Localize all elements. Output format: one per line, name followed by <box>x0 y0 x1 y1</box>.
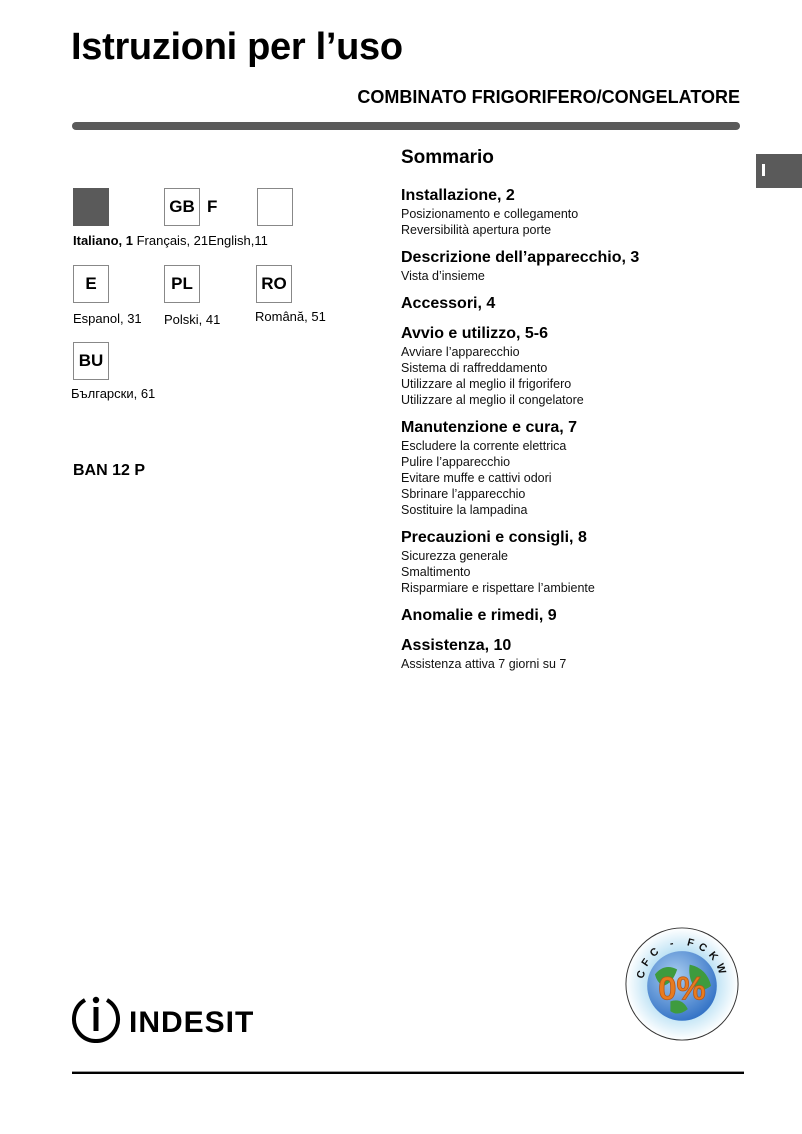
page-title: Istruzioni per l’uso <box>71 24 403 70</box>
toc-section: Accessori, 4 <box>401 294 741 314</box>
lang-box-gb[interactable]: GB <box>164 188 200 226</box>
toc-section-heading[interactable]: Precauzioni e consigli, 8 <box>401 528 741 548</box>
toc-item[interactable]: Sistema di raffreddamento <box>401 360 741 376</box>
toc-section: Manutenzione e cura, 7Escludere la corre… <box>401 418 741 518</box>
lang-label-bulgarian[interactable]: Български, 61 <box>71 386 155 402</box>
product-category: COMBINATO FRIGORIFERO/CONGELATORE <box>357 86 740 108</box>
language-side-tab: I <box>756 154 802 188</box>
toc-section: Assistenza, 10Assistenza attiva 7 giorni… <box>401 636 741 672</box>
toc-item[interactable]: Risparmiare e rispettare l’ambiente <box>401 580 741 596</box>
toc-section-heading[interactable]: Anomalie e rimedi, 9 <box>401 606 741 626</box>
toc-item[interactable]: Sbrinare l’apparecchio <box>401 486 741 502</box>
cfc-free-badge-icon: 0% CFC - FCKW - FCK <box>624 926 740 1042</box>
lang-code-f[interactable]: F <box>207 197 217 217</box>
toc-section-heading[interactable]: Descrizione dell’apparecchio, 3 <box>401 248 741 268</box>
toc-item[interactable]: Smaltimento <box>401 564 741 580</box>
toc-item[interactable]: Escludere la corrente elettrica <box>401 438 741 454</box>
lang-label-english[interactable]: English,11 <box>208 233 268 248</box>
svg-text:INDESIT: INDESIT <box>129 1006 254 1039</box>
toc-section: Avvio e utilizzo, 5-6Avviare l’apparecch… <box>401 324 741 408</box>
toc-title: Sommario <box>401 146 741 170</box>
lang-box-bu[interactable]: BU <box>73 342 109 380</box>
svg-text:0%: 0% <box>658 969 706 1006</box>
lang-box-ro[interactable]: RO <box>256 265 292 303</box>
toc-item[interactable]: Sicurezza generale <box>401 548 741 564</box>
lang-label-italiano[interactable]: Italiano, 1 <box>73 233 133 248</box>
toc-item[interactable]: Sostituire la lampadina <box>401 502 741 518</box>
lang-labels-row1: Italiano, 1 Français, 21English,11 <box>73 233 268 249</box>
toc-item[interactable]: Posizionamento e collegamento <box>401 206 741 222</box>
toc-section-heading[interactable]: Installazione, 2 <box>401 186 741 206</box>
lang-label-romana[interactable]: Română, 51 <box>255 309 326 325</box>
lang-box-e[interactable]: E <box>73 265 109 303</box>
model-number: BAN 12 P <box>73 462 145 480</box>
indesit-i-icon <box>74 997 118 1041</box>
toc-section: Descrizione dell’apparecchio, 3Vista d’i… <box>401 248 741 284</box>
toc-item[interactable]: Utilizzare al meglio il frigorifero <box>401 376 741 392</box>
toc-item[interactable]: Reversibilità apertura porte <box>401 222 741 238</box>
toc-section-heading[interactable]: Manutenzione e cura, 7 <box>401 418 741 438</box>
lang-label-espanol[interactable]: Espanol, 31 <box>73 311 142 327</box>
toc-item[interactable]: Evitare muffe e cattivi odori <box>401 470 741 486</box>
toc-item[interactable]: Vista d’insieme <box>401 268 741 284</box>
toc-section: Precauzioni e consigli, 8Sicurezza gener… <box>401 528 741 596</box>
indesit-logo: INDESIT <box>71 993 271 1043</box>
toc-section: Anomalie e rimedi, 9 <box>401 606 741 626</box>
lang-box-pl[interactable]: PL <box>164 265 200 303</box>
toc-section: Installazione, 2Posizionamento e collega… <box>401 186 741 238</box>
header-rule <box>72 122 740 130</box>
toc-item[interactable]: Utilizzare al meglio il congelatore <box>401 392 741 408</box>
lang-label-francais[interactable]: Français, 21 <box>137 233 209 248</box>
toc-section-heading[interactable]: Accessori, 4 <box>401 294 741 314</box>
lang-box-empty[interactable] <box>257 188 293 226</box>
toc-item[interactable]: Avviare l’apparecchio <box>401 344 741 360</box>
footer-rule <box>72 1071 744 1074</box>
lang-box-italiano[interactable] <box>73 188 109 226</box>
lang-label-polski[interactable]: Polski, 41 <box>164 312 220 328</box>
toc-section-heading[interactable]: Assistenza, 10 <box>401 636 741 656</box>
toc-section-heading[interactable]: Avvio e utilizzo, 5-6 <box>401 324 741 344</box>
toc-item[interactable]: Assistenza attiva 7 giorni su 7 <box>401 656 741 672</box>
toc-item[interactable]: Pulire l’apparecchio <box>401 454 741 470</box>
table-of-contents: Sommario Installazione, 2Posizionamento … <box>401 146 741 682</box>
